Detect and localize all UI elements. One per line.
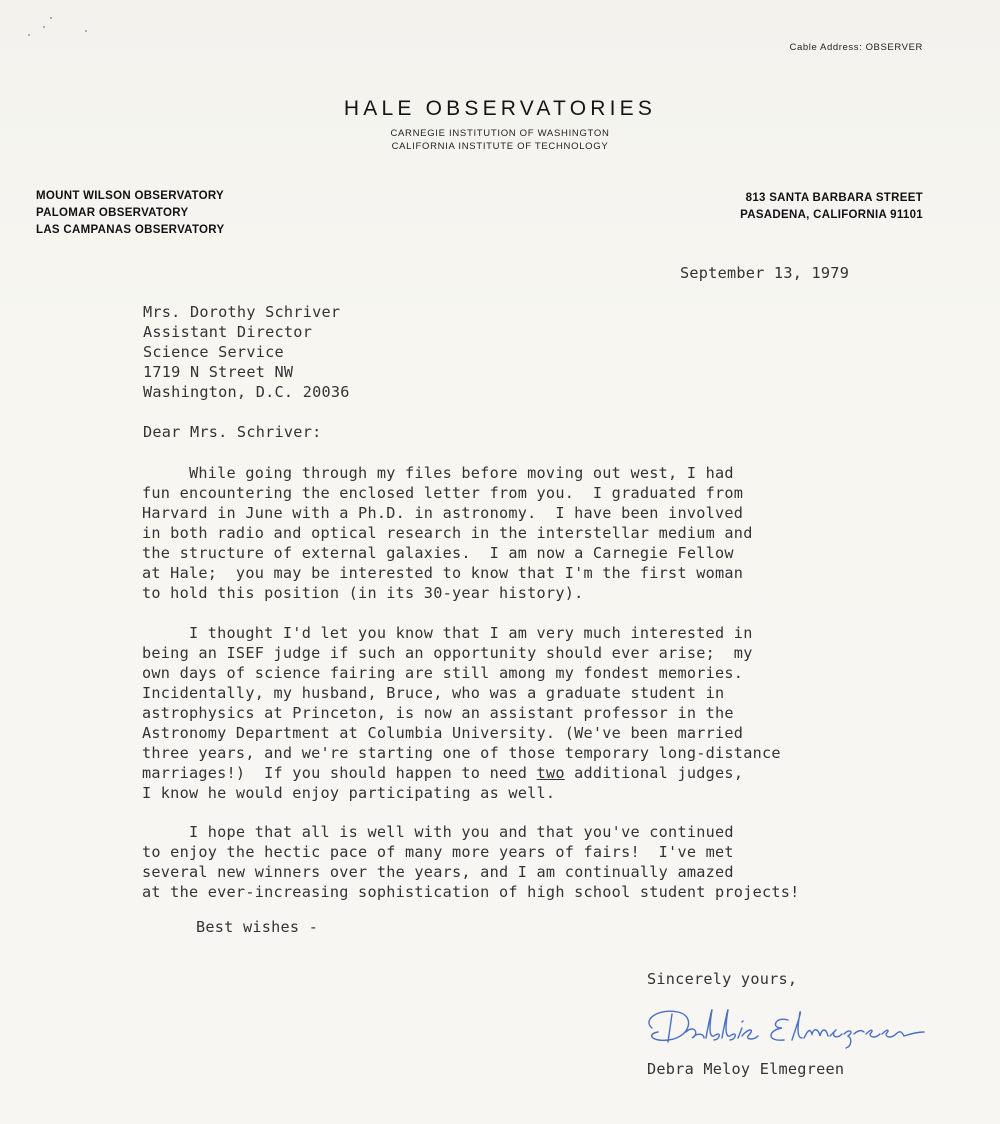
paragraph-line: at Hale; you may be interested to know t… xyxy=(142,563,922,583)
paragraph-line: Incidentally, my husband, Bruce, who was… xyxy=(142,683,922,703)
paper-speck xyxy=(85,30,87,32)
recipient-line: 1719 N Street NW xyxy=(143,362,350,382)
paragraph-line: at the ever-increasing sophistication of… xyxy=(142,882,922,902)
paragraph-line: I hope that all is well with you and tha… xyxy=(142,822,922,842)
paragraph-line: to enjoy the hectic pace of many more ye… xyxy=(142,842,922,862)
paragraph-line: fun encountering the enclosed letter fro… xyxy=(142,483,922,503)
recipient-line: Washington, D.C. 20036 xyxy=(143,382,350,402)
address-line: PASADENA, CALIFORNIA 91101 xyxy=(740,207,923,224)
closing-wish: Best wishes - xyxy=(196,918,318,936)
observatory-name: MOUNT WILSON OBSERVATORY xyxy=(36,188,224,205)
paragraph-line: the structure of external galaxies. I am… xyxy=(142,543,922,563)
observatory-name: PALOMAR OBSERVATORY xyxy=(36,205,224,222)
recipient-line: Assistant Director xyxy=(143,322,350,342)
handwritten-signature xyxy=(638,998,928,1050)
paragraph-line: being an ISEF judge if such an opportuni… xyxy=(142,643,922,663)
paragraph-line: I thought I'd let you know that I am ver… xyxy=(142,623,922,643)
paragraph-line: astrophysics at Princeton, is now an ass… xyxy=(142,703,922,723)
recipient-line: Science Service xyxy=(143,342,350,362)
paper-speck xyxy=(50,17,52,19)
signer-name: Debra Meloy Elmegreen xyxy=(647,1060,844,1078)
paragraph-line: several new winners over the years, and … xyxy=(142,862,922,882)
paper-speck xyxy=(28,34,30,36)
paragraph-line: marriages!) If you should happen to need… xyxy=(142,763,922,783)
observatory-list: MOUNT WILSON OBSERVATORY PALOMAR OBSERVA… xyxy=(36,188,224,239)
paragraph-line: own days of science fairing are still am… xyxy=(142,663,922,683)
salutation: Dear Mrs. Schriver: xyxy=(143,423,321,441)
underlined-word: two xyxy=(537,764,565,782)
paper-speck xyxy=(43,26,45,28)
paragraph-line: in both radio and optical research in th… xyxy=(142,523,922,543)
body-paragraph: I thought I'd let you know that I am ver… xyxy=(142,623,922,803)
organization-subtitle: CARNEGIE INSTITUTION OF WASHINGTON xyxy=(0,128,1000,139)
body-paragraph: While going through my files before movi… xyxy=(142,463,922,603)
paragraph-line: Astronomy Department at Columbia Univers… xyxy=(142,723,922,743)
paragraph-line: While going through my files before movi… xyxy=(142,463,922,483)
paragraph-line: to hold this position (in its 30-year hi… xyxy=(142,583,922,603)
letterhead-address: 813 SANTA BARBARA STREET PASADENA, CALIF… xyxy=(740,190,923,224)
paragraph-line: three years, and we're starting one of t… xyxy=(142,743,922,763)
organization-title: HALE OBSERVATORIES xyxy=(0,97,1000,121)
letter-date: September 13, 1979 xyxy=(680,264,849,282)
paragraph-line: Harvard in June with a Ph.D. in astronom… xyxy=(142,503,922,523)
paragraph-line: I know he would enjoy participating as w… xyxy=(142,783,922,803)
observatory-name: LAS CAMPANAS OBSERVATORY xyxy=(36,222,224,239)
recipient-line: Mrs. Dorothy Schriver xyxy=(143,302,350,322)
cable-address: Cable Address: OBSERVER xyxy=(790,42,924,53)
recipient-address: Mrs. Dorothy Schriver Assistant Director… xyxy=(143,302,350,402)
organization-subtitle: CALIFORNIA INSTITUTE OF TECHNOLOGY xyxy=(0,141,1000,152)
address-line: 813 SANTA BARBARA STREET xyxy=(740,190,923,207)
closing: Sincerely yours, xyxy=(647,970,797,988)
body-paragraph: I hope that all is well with you and tha… xyxy=(142,822,922,902)
